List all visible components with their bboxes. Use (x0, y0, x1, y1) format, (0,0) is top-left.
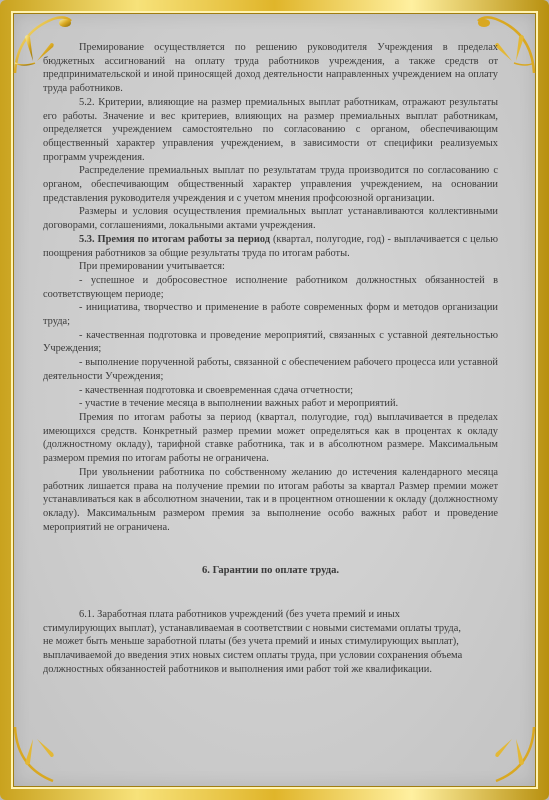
paragraph-5-2: 5.2. Критерии, влияющие на размер премиа… (43, 96, 498, 165)
paragraph-5-3: 5.3. Премия по итогам работы за период (… (43, 233, 498, 260)
criteria-item: - качественная подготовка и проведение м… (43, 329, 498, 356)
paragraph: Распределение премиальных выплат по резу… (43, 164, 498, 205)
section-6-title: 6. Гарантии по оплате труда. (43, 564, 498, 578)
criteria-item: - качественная подготовка и своевременна… (43, 384, 498, 398)
criteria-item: - инициатива, творчество и применение в … (43, 301, 498, 328)
section-5-3-heading: 5.3. Премия по итогам работы за период (79, 234, 270, 245)
paragraph-6-1: 6.1. Заработная плата работников учрежде… (43, 608, 468, 677)
criteria-intro: При премировании учитывается: (43, 260, 498, 274)
paragraph: Размеры и условия осуществления премиаль… (43, 205, 498, 232)
criteria-item: - успешное и добросовестное исполнение р… (43, 274, 498, 301)
criteria-item: - выполнение порученной работы, связанно… (43, 356, 498, 383)
document-page: Премирование осуществляется по решению р… (11, 11, 538, 789)
criteria-item: - участие в течение месяца в выполнении … (43, 397, 498, 411)
paragraph: Премия по итогам работы за период (кварт… (43, 411, 498, 466)
ornament-corner-icon (13, 717, 83, 787)
ornament-corner-icon (466, 717, 536, 787)
document-body: Премирование осуществляется по решению р… (43, 41, 498, 677)
paragraph: При увольнении работника по собственному… (43, 466, 498, 535)
paragraph: Премирование осуществляется по решению р… (43, 41, 498, 96)
gold-frame: Премирование осуществляется по решению р… (0, 0, 549, 800)
